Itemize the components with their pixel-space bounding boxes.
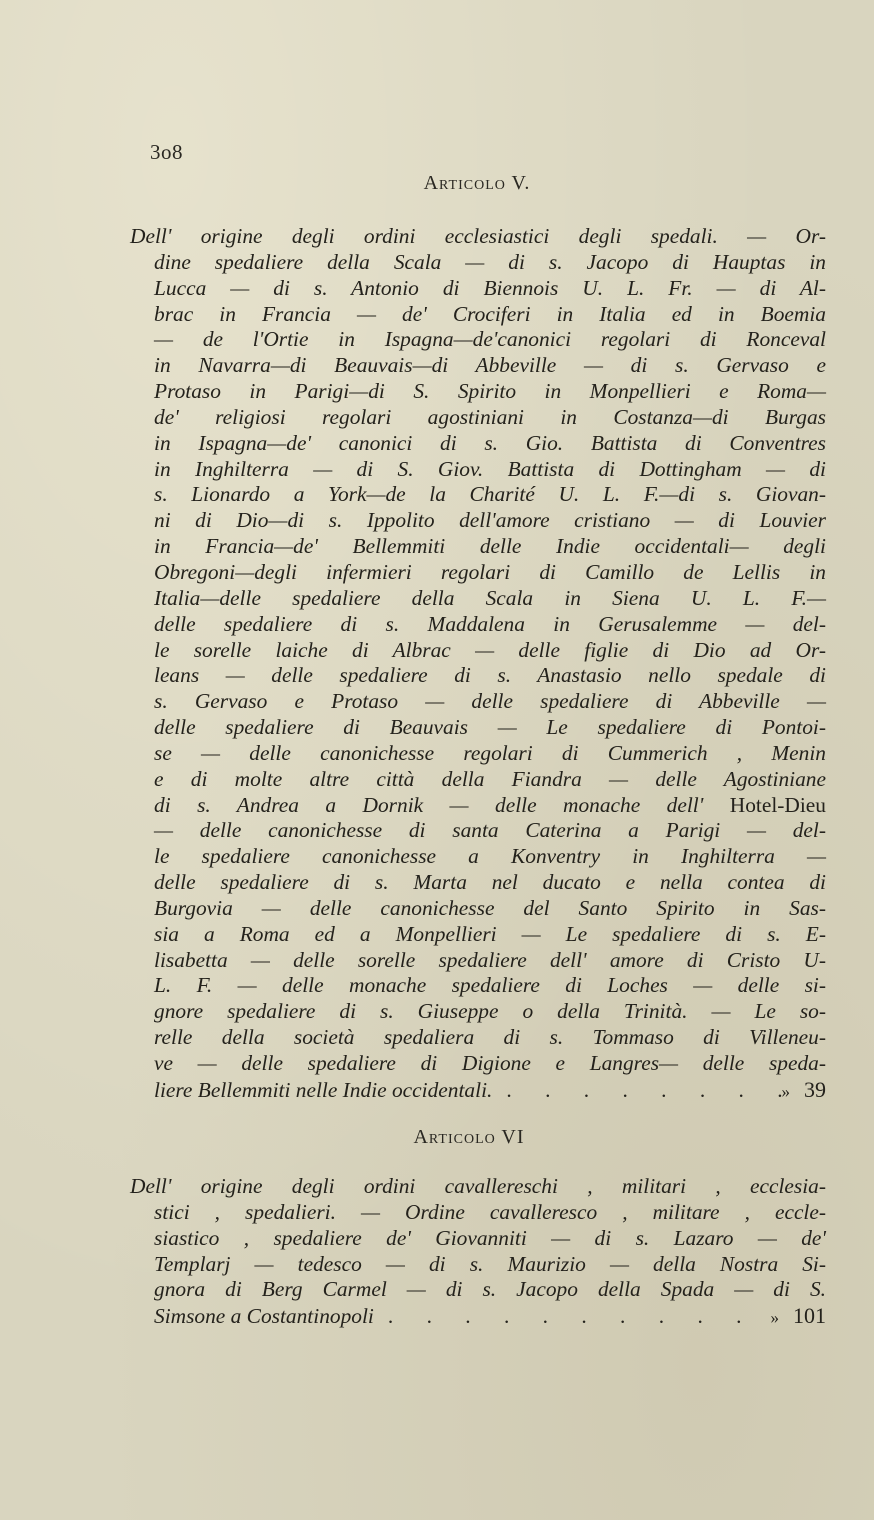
summary-line: le spedaliere canonichesse a Konventry i… bbox=[130, 844, 826, 870]
ditto-mark: » bbox=[771, 1308, 780, 1327]
ditto-mark: » bbox=[782, 1082, 791, 1101]
article-v-heading: Articolo V. bbox=[40, 172, 874, 195]
reference-page-number: 101 bbox=[793, 1303, 826, 1328]
summary-line: Lucca — di s. Antonio di Biennois U. L. … bbox=[130, 276, 826, 302]
summary-line: le sorelle laiche di Albrac — delle figl… bbox=[130, 638, 826, 664]
page-reference: »39 bbox=[782, 1077, 827, 1105]
summary-line: e di molte altre città della Fiandra — d… bbox=[130, 767, 826, 793]
summary-last-line: liere Bellemmiti nelle Indie occidentali… bbox=[130, 1077, 826, 1105]
dot-leader bbox=[374, 1304, 771, 1330]
summary-line: leans — delle spedaliere di s. Anastasio… bbox=[130, 663, 826, 689]
summary-line-text: Simsone a Costantinopoli bbox=[154, 1304, 374, 1330]
summary-line: ni di Dio—di s. Ippolito dell'amore cris… bbox=[130, 508, 826, 534]
summary-line: ve — delle spedaliere di Digione e Langr… bbox=[130, 1051, 826, 1077]
page-reference: »101 bbox=[771, 1303, 827, 1331]
summary-line: dine spedaliere della Scala — di s. Jaco… bbox=[130, 250, 826, 276]
summary-line: Dell' origine degli ordini cavallereschi… bbox=[130, 1174, 826, 1200]
summary-line: in Francia—de' Bellemmiti delle Indie oc… bbox=[130, 534, 826, 560]
summary-line: sia a Roma ed a Monpellieri — Le spedali… bbox=[130, 922, 826, 948]
summary-line: se — delle canonichesse regolari di Cumm… bbox=[130, 741, 826, 767]
summary-line: s. Gervaso e Protaso — delle spedaliere … bbox=[130, 689, 826, 715]
summary-line: relle della società spedaliera di s. Tom… bbox=[130, 1025, 826, 1051]
summary-line: lisabetta — delle sorelle spedaliere del… bbox=[130, 948, 826, 974]
summary-line: Templarj — tedesco — di s. Maurizio — de… bbox=[130, 1252, 826, 1278]
summary-line: L. F. — delle monache spedaliere di Loch… bbox=[130, 973, 826, 999]
book-page: 3o8 Articolo V. Dell' origine degli ordi… bbox=[0, 0, 874, 1520]
summary-line: gnora di Berg Carmel — di s. Jacopo dell… bbox=[130, 1277, 826, 1303]
summary-line-text: di s. Andrea a Dornik — delle monache de… bbox=[154, 793, 703, 817]
summary-line: de' religiosi regolari agostiniani in Co… bbox=[130, 405, 826, 431]
hotel-dieu-upright: Hotel-Dieu bbox=[730, 793, 826, 817]
dot-leader bbox=[492, 1078, 781, 1104]
page-number: 3o8 bbox=[150, 140, 183, 165]
summary-line: Obregoni—degli infermieri regolari di Ca… bbox=[130, 560, 826, 586]
summary-line: — de l'Ortie in Ispagna—de'canonici rego… bbox=[130, 327, 826, 353]
summary-line: delle spedaliere di s. Maddalena in Geru… bbox=[130, 612, 826, 638]
article-v-summary: Dell' origine degli ordini ecclesiastici… bbox=[130, 224, 826, 1105]
summary-line: Dell' origine degli ordini ecclesiastici… bbox=[130, 224, 826, 250]
summary-line: Protaso in Parigi—di S. Spirito in Monpe… bbox=[130, 379, 826, 405]
summary-line-text: liere Bellemmiti nelle Indie occidentali… bbox=[154, 1078, 492, 1104]
summary-line: Italia—delle spedaliere della Scala in S… bbox=[130, 586, 826, 612]
summary-last-line: Simsone a Costantinopoli »101 bbox=[130, 1303, 826, 1331]
summary-line: delle spedaliere di Beauvais — Le spedal… bbox=[130, 715, 826, 741]
summary-line: s. Lionardo a York—de la Charité U. L. F… bbox=[130, 482, 826, 508]
summary-line: di s. Andrea a Dornik — delle monache de… bbox=[130, 793, 826, 819]
summary-line: in Navarra—di Beauvais—di Abbeville — di… bbox=[130, 353, 826, 379]
summary-line: in Ispagna—de' canonici di s. Gio. Batti… bbox=[130, 431, 826, 457]
summary-line: brac in Francia — de' Crociferi in Itali… bbox=[130, 302, 826, 328]
summary-line: Burgovia — delle canonichesse del Santo … bbox=[130, 896, 826, 922]
summary-line: — delle canonichesse di santa Caterina a… bbox=[130, 818, 826, 844]
article-vi-summary: Dell' origine degli ordini cavallereschi… bbox=[130, 1174, 826, 1331]
article-vi-heading: Articolo VI bbox=[32, 1126, 874, 1149]
summary-line: gnore spedaliere di s. Giuseppe o della … bbox=[130, 999, 826, 1025]
summary-line: delle spedaliere di s. Marta nel ducato … bbox=[130, 870, 826, 896]
summary-line: in Inghilterra — di S. Giov. Battista di… bbox=[130, 457, 826, 483]
summary-line: siastico , spedaliere de' Giovanniti — d… bbox=[130, 1226, 826, 1252]
summary-line: stici , spedalieri. — Ordine cavalleresc… bbox=[130, 1200, 826, 1226]
reference-page-number: 39 bbox=[804, 1077, 826, 1102]
